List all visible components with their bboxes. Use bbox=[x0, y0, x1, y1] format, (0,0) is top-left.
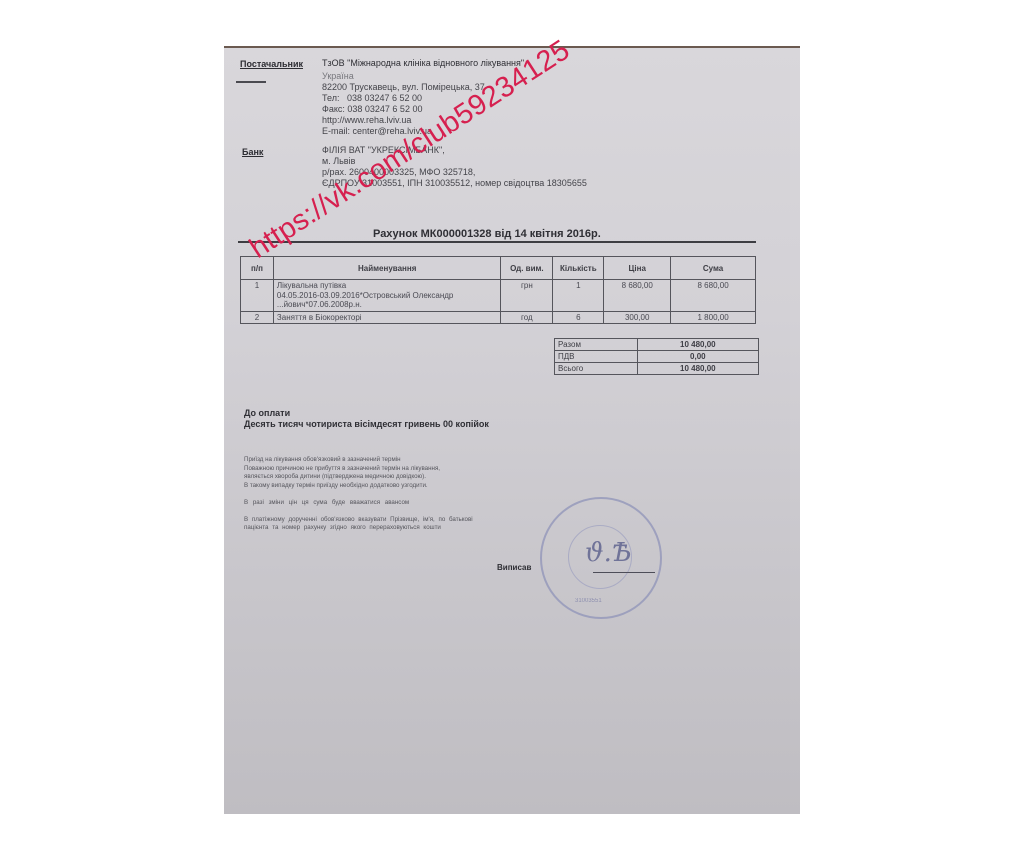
supplier-country: Україна bbox=[322, 71, 485, 82]
signature-line bbox=[593, 572, 655, 573]
note-line: В разі зміни цін ця сума буде вважатися … bbox=[244, 499, 544, 508]
total-value: 10 480,00 bbox=[637, 363, 758, 375]
supplier-label: Постачальник bbox=[240, 59, 303, 69]
header-price: Ціна bbox=[604, 257, 671, 280]
row-name-line: Лікувальна путівка bbox=[277, 281, 498, 291]
total-label: Всього bbox=[555, 363, 638, 375]
totals-row: ПДВ 0,00 bbox=[555, 351, 759, 363]
row-price: 300,00 bbox=[604, 312, 671, 324]
payment-label: До оплати bbox=[244, 408, 489, 419]
header-name: Найменування bbox=[273, 257, 501, 280]
invoice-title: Рахунок МК000001328 від 14 квітня 2016р. bbox=[373, 228, 601, 240]
row-name: Лікувальна путівка 04.05.2016-03.09.2016… bbox=[273, 280, 501, 312]
note-line: пацієнта та номер рахунку згідно якого п… bbox=[244, 524, 544, 533]
row-sum: 8 680,00 bbox=[671, 280, 756, 312]
row-qty: 6 bbox=[553, 312, 604, 324]
payment-amount-words: Десять тисяч чотириста вісімдесят гривен… bbox=[244, 419, 489, 430]
row-sum: 1 800,00 bbox=[671, 312, 756, 324]
payment-block: До оплати Десять тисяч чотириста вісімде… bbox=[244, 408, 489, 430]
note-line: В платіжному дорученні обов'язково вказу… bbox=[244, 516, 544, 525]
note-line: являється хвороба дитини (підтверджена м… bbox=[244, 473, 544, 482]
row-qty: 1 bbox=[553, 280, 604, 312]
supplier-name: ТзОВ "Міжнародна клініка відновного ліку… bbox=[322, 58, 524, 69]
totals-row: Всього 10 480,00 bbox=[555, 363, 759, 375]
header-qty: Кількість bbox=[553, 257, 604, 280]
subtotal-value: 10 480,00 bbox=[637, 339, 758, 351]
signed-by-label: Виписав bbox=[497, 563, 531, 572]
vat-label: ПДВ bbox=[555, 351, 638, 363]
row-name-line: 04.05.2016-03.09.2016*Островський Олекса… bbox=[277, 291, 498, 301]
vat-value: 0,00 bbox=[637, 351, 758, 363]
bank-name: ФІЛІЯ ВАТ "УКРЕКСІМБАНК", bbox=[322, 145, 587, 156]
title-rule bbox=[238, 241, 756, 243]
table-row: 2 Заняття в Біокоректорі год 6 300,00 1 … bbox=[241, 312, 756, 324]
table-row: 1 Лікувальна путівка 04.05.2016-03.09.20… bbox=[241, 280, 756, 312]
items-table: п/п Найменування Од. вим. Кількість Ціна… bbox=[240, 256, 756, 324]
row-unit: год bbox=[501, 312, 553, 324]
note-line: Приїзд на лікування обов'язковий в зазна… bbox=[244, 456, 544, 465]
row-name-line: ...йович*07.06.2008р.н. bbox=[277, 300, 498, 310]
stamp-code: 31003551 bbox=[575, 598, 602, 604]
divider bbox=[236, 81, 266, 83]
row-name: Заняття в Біокоректорі bbox=[273, 312, 501, 324]
row-unit: грн bbox=[501, 280, 553, 312]
row-num: 1 bbox=[241, 280, 274, 312]
note-line: В такому випадку термін приїзду необхідн… bbox=[244, 482, 544, 491]
header-sum: Сума bbox=[671, 257, 756, 280]
header-unit: Од. вим. bbox=[501, 257, 553, 280]
bank-label: Банк bbox=[242, 147, 263, 157]
note-line: Поважною причиною не прибуття в зазначен… bbox=[244, 465, 544, 474]
row-price: 8 680,00 bbox=[604, 280, 671, 312]
totals-table: Разом 10 480,00 ПДВ 0,00 Всього 10 480,0… bbox=[554, 338, 759, 375]
supplier-address: 82200 Трускавець, вул. Помірецька, 37 bbox=[322, 82, 485, 93]
totals-row: Разом 10 480,00 bbox=[555, 339, 759, 351]
table-header-row: п/п Найменування Од. вим. Кількість Ціна… bbox=[241, 257, 756, 280]
notes-block: Приїзд на лікування обов'язковий в зазна… bbox=[244, 456, 544, 533]
subtotal-label: Разом bbox=[555, 339, 638, 351]
signature-icon: ϑ.Ѣ bbox=[585, 538, 632, 568]
row-num: 2 bbox=[241, 312, 274, 324]
